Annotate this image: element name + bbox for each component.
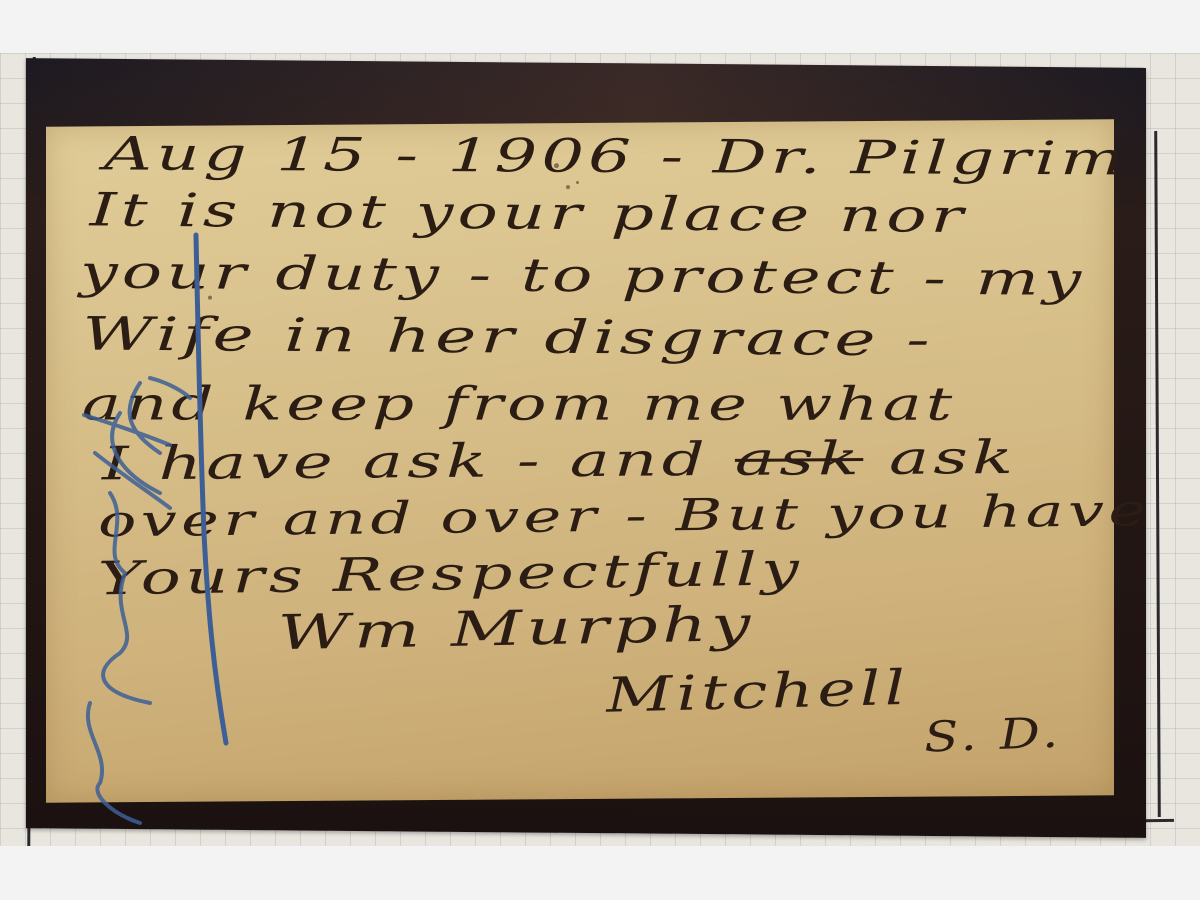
signature-state: S. D. [923,708,1062,762]
postcard-photo: Aug 15 - 1906 - Dr. Pilgrim It is not yo… [0,53,1200,846]
text-line: over and over - But you have [98,485,1151,547]
struck-word: ask [735,431,863,486]
text-line: Wife in her disgrace - [81,306,935,366]
text-line: and keep from me what [82,376,957,430]
text-segment: I have ask - and [102,432,735,490]
date-line: Aug 15 - 1906 - Dr. Pilgrim [103,126,1128,185]
text-line: It is not your place nor [89,182,968,243]
right-pen-line [1154,131,1161,817]
signature-name: Wm Murphy [277,596,755,661]
text-line: I have ask - and ask ask [102,430,1017,490]
closing-line: Yours Respectfully [98,541,804,605]
postcard: Aug 15 - 1906 - Dr. Pilgrim It is not yo… [46,119,1114,802]
text-line: your duty - to protect - my [79,244,1086,306]
text-segment: ask [863,430,1017,485]
signature-place: Mitchell [605,660,910,724]
